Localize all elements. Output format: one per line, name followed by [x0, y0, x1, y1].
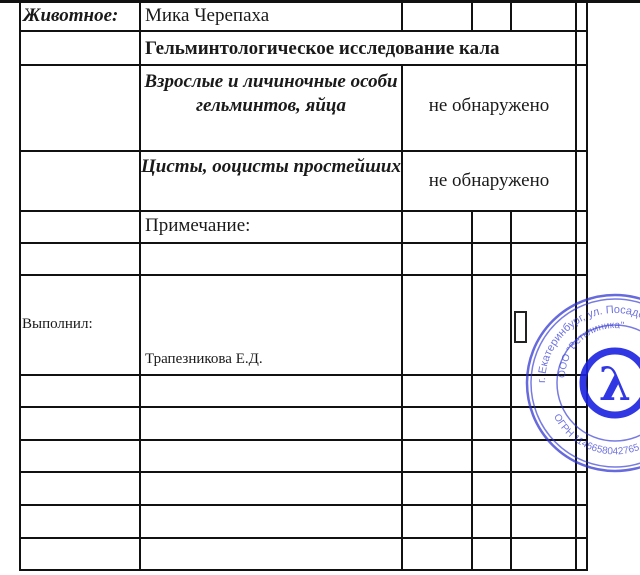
performed-by-name: Трапезникова Е.Д.: [145, 351, 263, 368]
animal-value: Мика Черепаха: [145, 5, 269, 27]
column-divider: [401, 3, 403, 32]
column-divider: [19, 3, 21, 571]
row-divider: [19, 30, 588, 32]
column-divider: [586, 3, 588, 571]
result-category: Взрослые и личиночные особи гельминтов, …: [141, 70, 401, 118]
row-divider: [19, 242, 588, 244]
row-divider: [19, 374, 588, 376]
note-label: Примечание:: [145, 215, 250, 237]
row-divider: [19, 150, 588, 152]
column-divider: [471, 3, 473, 32]
result-value: не обнаружено: [403, 170, 575, 192]
row-divider: [19, 537, 588, 539]
clinic-stamp: г. Екатеринбург, ул. Посадская, д.21, оф…: [520, 288, 640, 478]
row-divider: [19, 439, 588, 441]
section-title: Гельминтологическое исследование кала: [145, 38, 500, 60]
row-divider: [19, 569, 588, 571]
row-divider: [19, 471, 588, 473]
column-divider: [510, 3, 512, 32]
column-divider: [510, 210, 512, 571]
row-divider: [19, 504, 588, 506]
column-divider: [575, 3, 577, 571]
stamp-logo-icon: λ: [599, 357, 631, 411]
row-divider: [19, 64, 588, 66]
page-top-edge: [0, 0, 640, 3]
result-category: Цисты, ооцисты простейших: [141, 155, 401, 179]
column-divider: [401, 64, 403, 571]
column-divider: [471, 210, 473, 571]
result-value: не обнаружено: [403, 95, 575, 117]
animal-label: Животное:: [23, 5, 118, 27]
row-divider: [19, 406, 588, 408]
row-divider: [19, 210, 588, 212]
performed-by-label: Выполнил:: [22, 316, 93, 333]
row-divider: [19, 274, 588, 276]
